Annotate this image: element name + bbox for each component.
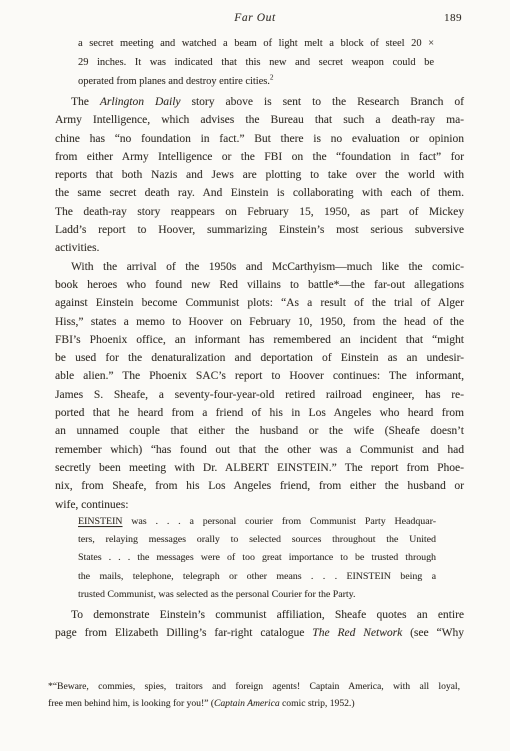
text-line: James S. Sheafe, a seventy-four-year-old… — [55, 386, 464, 404]
text-line: EINSTEIN was . . . a personal courier fr… — [78, 513, 436, 531]
text-line: Army Intelligence, which advises the Bur… — [55, 111, 464, 129]
text-line: an unnamed couple that either the husban… — [55, 422, 464, 440]
footnote-captain-america: *“Beware, commies, spies, traitors and f… — [48, 679, 460, 712]
text-line: remember which) “has found out that the … — [55, 441, 464, 459]
paragraph-arlington-daily: The Arlington Daily story above is sent … — [55, 93, 464, 258]
text-line: Hiss,” states a memo to Hoover on Februa… — [55, 313, 464, 331]
text-line: a secret meeting and watched a beam of l… — [78, 34, 434, 53]
text-line: nix, from Sheafe, from his Los Angeles f… — [55, 477, 464, 495]
text-line: *“Beware, commies, spies, traitors and f… — [48, 679, 460, 696]
text-line: be used for the denaturalization and dep… — [55, 349, 464, 367]
text-line: reports that both Nazis and Jews are plo… — [55, 166, 464, 184]
text-line: page from Elizabeth Dilling’s far-right … — [55, 624, 464, 642]
book-page: Far Out 189 a secret meeting and watched… — [0, 0, 510, 751]
text-line: The Arlington Daily story above is sent … — [55, 93, 464, 111]
page-number: 189 — [444, 12, 462, 24]
text-line: able alien.” The Phoenix SAC’s report to… — [55, 367, 464, 385]
text-line: The death-ray story reappears on Februar… — [55, 203, 464, 221]
text-line: from either Army Intelligence or the FBI… — [55, 148, 464, 166]
text-line: ters, relaying messages orally to select… — [78, 531, 436, 549]
text-line: ported that he heard from a friend of hi… — [55, 404, 464, 422]
body-text: The Arlington Daily story above is sent … — [55, 93, 464, 514]
text-line: secretly been meeting with Dr. ALBERT EI… — [55, 459, 464, 477]
text-line: 29 inches. It was indicated that this ne… — [78, 53, 434, 72]
text-line: wife, continues: — [55, 496, 464, 514]
text-line: trusted Communist, was selected as the p… — [78, 586, 436, 604]
text-line: free men behind him, is looking for you!… — [48, 696, 460, 713]
block-quote-einstein-courier: EINSTEIN was . . . a personal courier fr… — [78, 513, 436, 604]
text-line: To demonstrate Einstein’s communist affi… — [55, 606, 464, 624]
block-quote-continued: a secret meeting and watched a beam of l… — [78, 34, 434, 91]
text-line: activities. — [55, 239, 464, 257]
text-line: the mails, telephone, telegraph or other… — [78, 568, 436, 586]
text-line: With the arrival of the 1950s and McCart… — [55, 258, 464, 276]
text-line: book heroes who found new Red villains t… — [55, 276, 464, 294]
text-line: States . . . the messages were of too gr… — [78, 549, 436, 567]
text-line: against Einstein become Communist plots:… — [55, 294, 464, 312]
running-title: Far Out — [0, 12, 510, 24]
paragraph-red-network: To demonstrate Einstein’s communist affi… — [55, 606, 464, 643]
text-line: Ladd’s report to Hoover, summarizing Ein… — [55, 221, 464, 239]
text-line: operated from planes and destroy entire … — [78, 72, 434, 91]
text-line: FBI’s Phoenix office, an informant has r… — [55, 331, 464, 349]
text-line: chine has “no foundation in fact.” But t… — [55, 130, 464, 148]
paragraph-mccarthyism: With the arrival of the 1950s and McCart… — [55, 258, 464, 514]
text-line: the same secret death ray. And Einstein … — [55, 184, 464, 202]
